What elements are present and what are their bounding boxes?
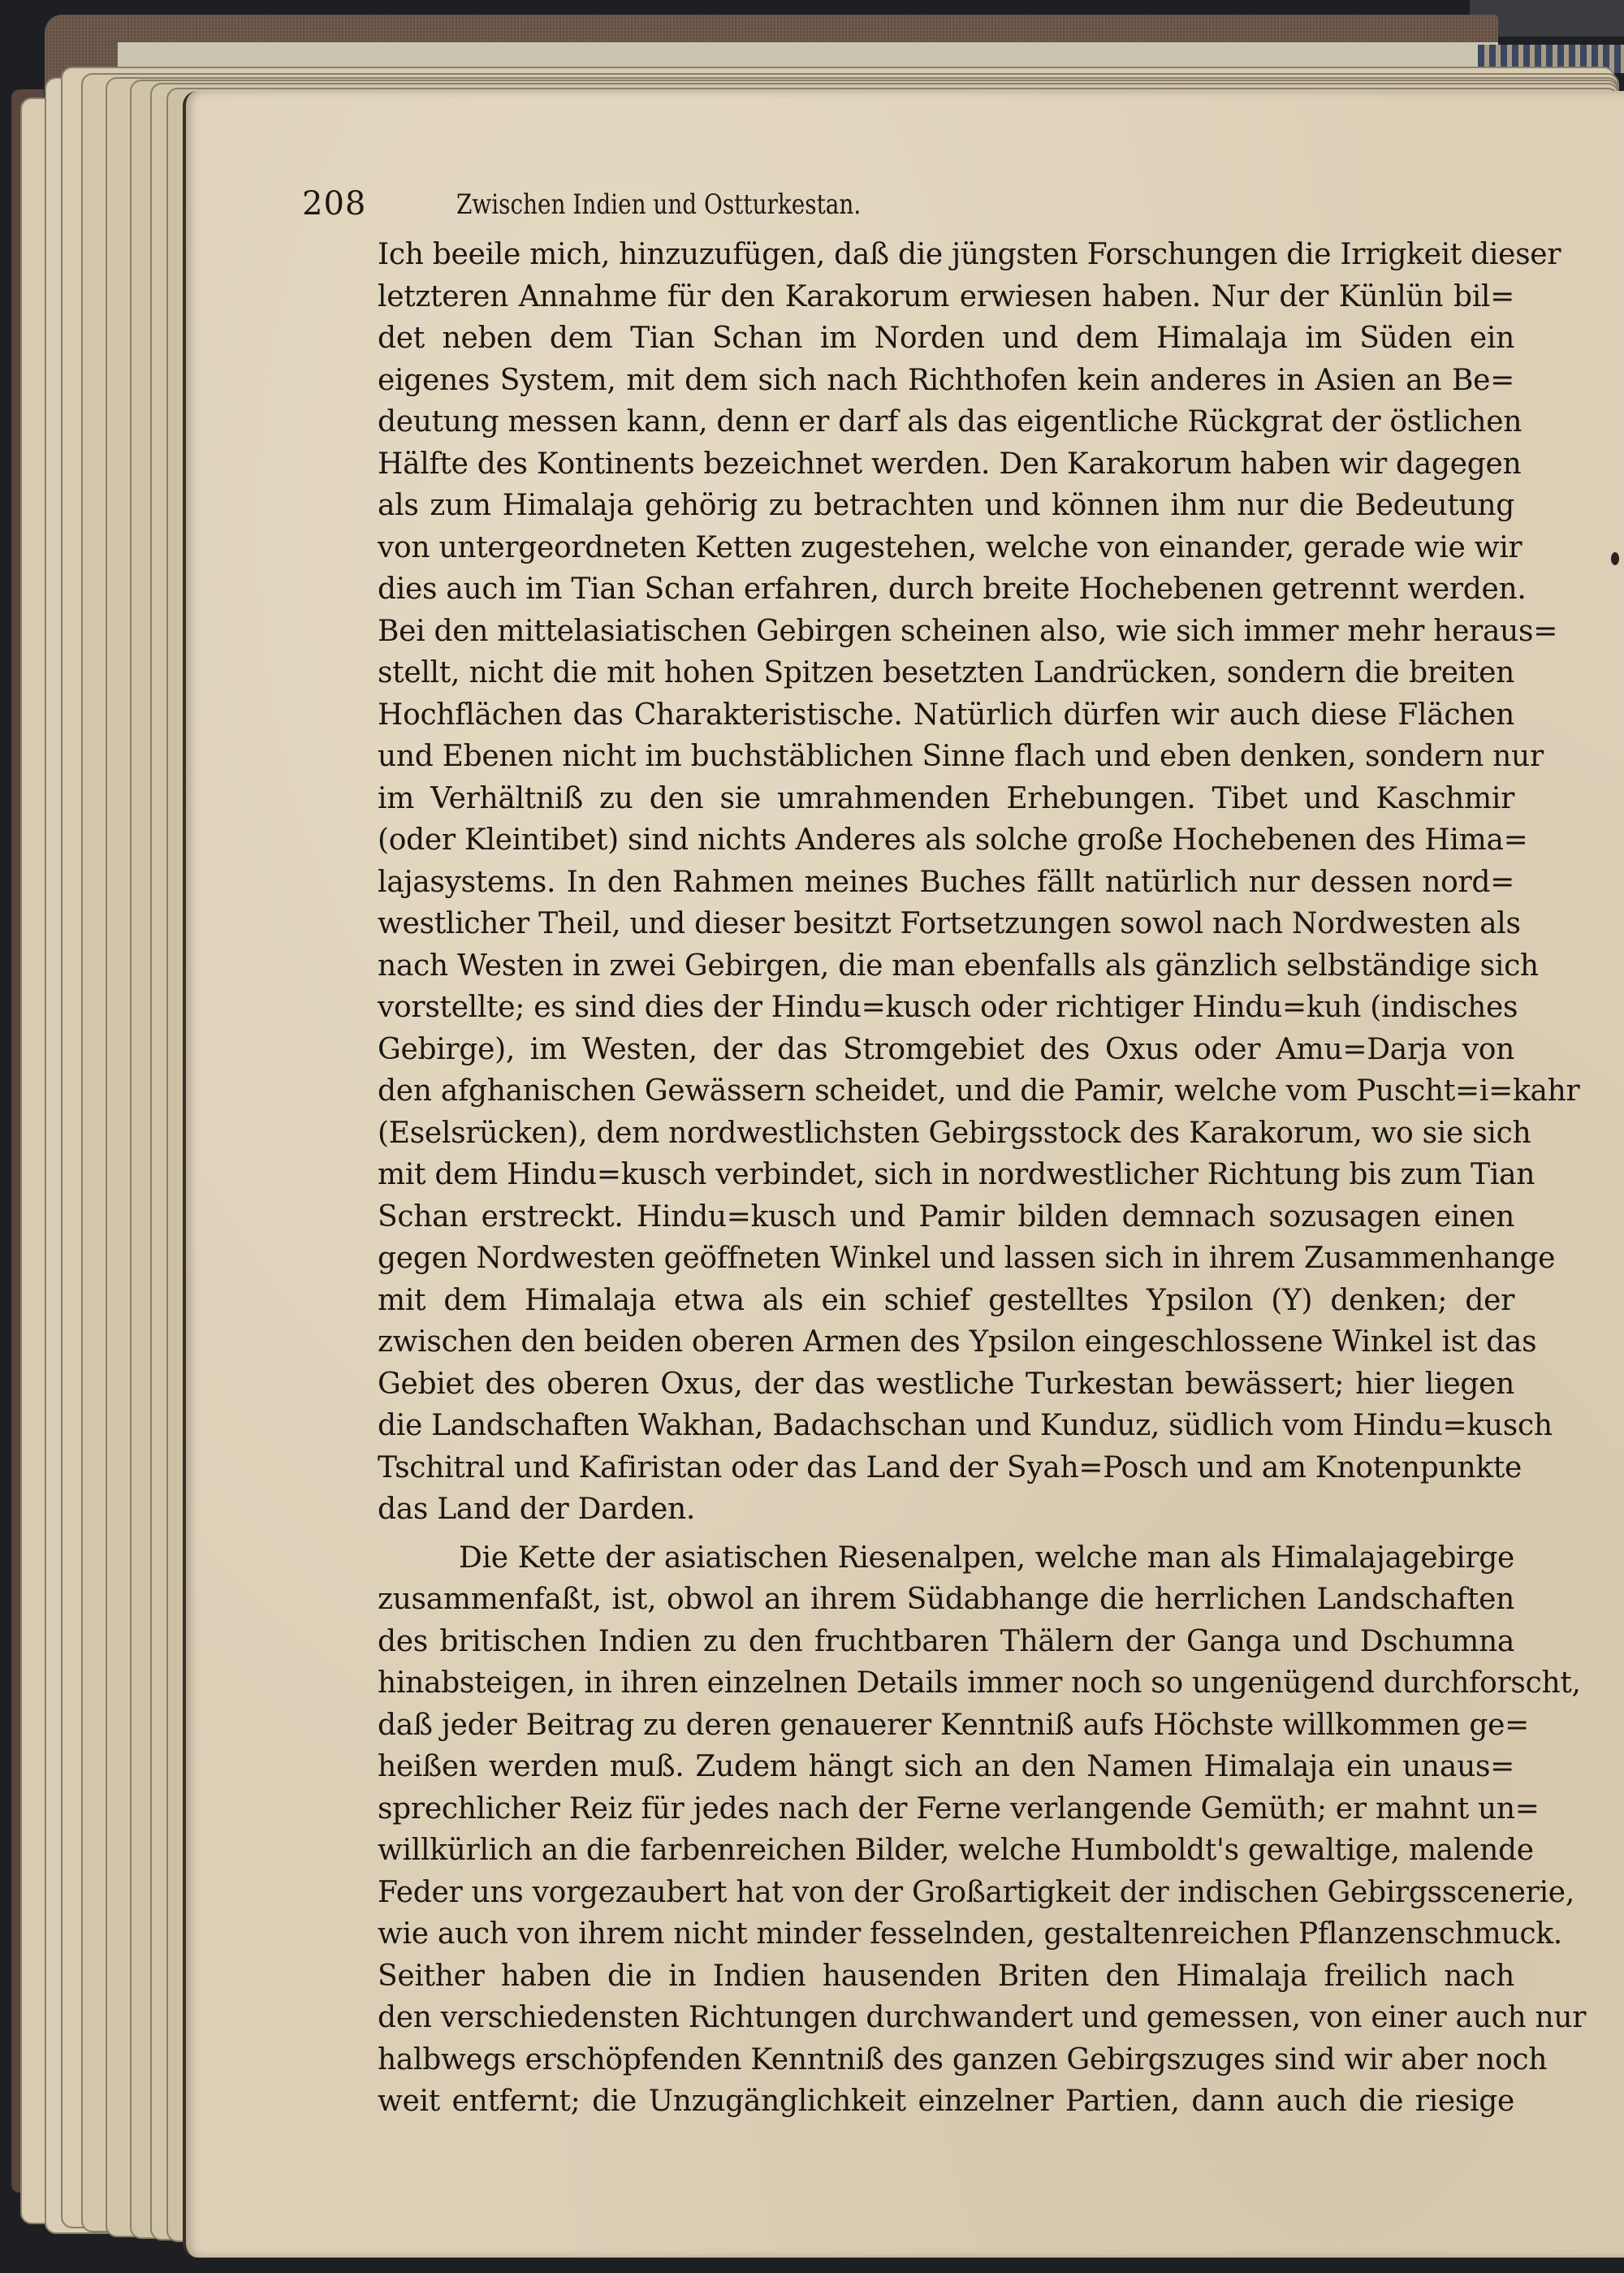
text-line: halbwegs erschöpfenden Kenntniß des ganz… <box>378 2039 1514 2081</box>
text-line: als zum Himalaja gehörig zu betrachten u… <box>378 485 1514 527</box>
text-line: Gebiet des oberen Oxus, der das westlich… <box>378 1363 1514 1406</box>
text-line: Schan erstreckt. Hindu=kusch und Pamir b… <box>378 1196 1514 1238</box>
page-number: 208 <box>302 185 366 223</box>
text-line: weit entfernt; die Unzugänglichkeit einz… <box>378 2081 1514 2123</box>
text-line: das Land der Darden. <box>378 1489 1514 1531</box>
text-line: Seither haben die in Indien hausenden Br… <box>378 1955 1514 1998</box>
paragraph-2: Die Kette der asiatischen Riesenalpen, w… <box>378 1537 1514 2123</box>
text-line: vorstellte; es sind dies der Hindu=kusch… <box>378 987 1514 1029</box>
text-line: mit dem Hindu=kusch verbindet, sich in n… <box>378 1154 1514 1196</box>
text-line: heißen werden muß. Zudem hängt sich an d… <box>378 1746 1514 1788</box>
text-line: Gebirge), im Westen, der das Stromgebiet… <box>378 1029 1514 1071</box>
text-line: von untergeordneten Ketten zugestehen, w… <box>378 527 1514 569</box>
text-line: Ich beeile mich, hinzuzufügen, daß die j… <box>378 234 1514 276</box>
text-line: westlicher Theil, und dieser besitzt For… <box>378 903 1514 945</box>
paragraph-1: Ich beeile mich, hinzuzufügen, daß die j… <box>378 234 1514 1531</box>
running-head: 208 Zwischen Indien und Ostturkestan. <box>302 185 1439 234</box>
text-line: gegen Nordwesten geöffneten Winkel und l… <box>378 1238 1514 1280</box>
text-line: willkürlich an die farbenreichen Bilder,… <box>378 1830 1514 1872</box>
text-line: det neben dem Tian Schan im Norden und d… <box>378 318 1514 360</box>
text-line: deutung messen kann, denn er darf als da… <box>378 401 1514 443</box>
text-line: Bei den mittelasiatischen Gebirgen schei… <box>378 611 1514 653</box>
text-line: hinabsteigen, in ihren einzelnen Details… <box>378 1662 1514 1705</box>
running-head-title: Zwischen Indien und Ostturkestan. <box>456 188 861 221</box>
text-line: lajasystems. In den Rahmen meines Buches… <box>378 862 1514 904</box>
body-text: Ich beeile mich, hinzuzufügen, daß die j… <box>378 234 1514 2123</box>
paragraph-gap <box>378 1531 1514 1537</box>
text-line: den afghanischen Gewässern scheidet, und… <box>378 1070 1514 1113</box>
text-line: Tschitral und Kafiristan oder das Land d… <box>378 1447 1514 1489</box>
text-line: Die Kette der asiatischen Riesenalpen, w… <box>378 1537 1514 1579</box>
text-line: im Verhältniß zu den sie umrahmenden Erh… <box>378 778 1514 820</box>
text-line: Hochflächen das Charakteristische. Natür… <box>378 694 1514 737</box>
text-line: daß jeder Beitrag zu deren genauerer Ken… <box>378 1705 1514 1747</box>
text-line: dies auch im Tian Schan erfahren, durch … <box>378 568 1514 611</box>
text-line: wie auch von ihrem nicht minder fesselnd… <box>378 1913 1514 1955</box>
endpaper-strip <box>118 42 1498 67</box>
text-line: Hälfte des Kontinents bezeichnet werden.… <box>378 443 1514 486</box>
text-line: eigenes System, mit dem sich nach Richth… <box>378 360 1514 402</box>
text-line: den verschiedensten Richtungen durchwand… <box>378 1997 1514 2039</box>
text-line: zusammenfaßt, ist, obwol an ihrem Südabh… <box>378 1579 1514 1621</box>
text-line: mit dem Himalaja etwa als ein schief ges… <box>378 1280 1514 1322</box>
text-line: und Ebenen nicht im buchstäblichen Sinne… <box>378 736 1514 778</box>
text-line: letzteren Annahme für den Karakorum erwi… <box>378 276 1514 318</box>
text-line: (oder Kleintibet) sind nichts Anderes al… <box>378 819 1514 862</box>
text-line: Feder uns vorgezaubert hat von der Großa… <box>378 1872 1514 1914</box>
text-line: (Eselsrücken), dem nordwestlichsten Gebi… <box>378 1113 1514 1155</box>
text-line: zwischen den beiden oberen Armen des Yps… <box>378 1321 1514 1363</box>
text-line: die Landschaften Wakhan, Badachschan und… <box>378 1405 1514 1447</box>
text-line: stellt, nicht die mit hohen Spitzen bese… <box>378 652 1514 694</box>
text-line: sprechlicher Reiz für jedes nach der Fer… <box>378 1788 1514 1830</box>
paper-blemish <box>1611 552 1619 565</box>
text-line: nach Westen in zwei Gebirgen, die man eb… <box>378 945 1514 987</box>
text-line: des britischen Indien zu den fruchtbaren… <box>378 1621 1514 1663</box>
